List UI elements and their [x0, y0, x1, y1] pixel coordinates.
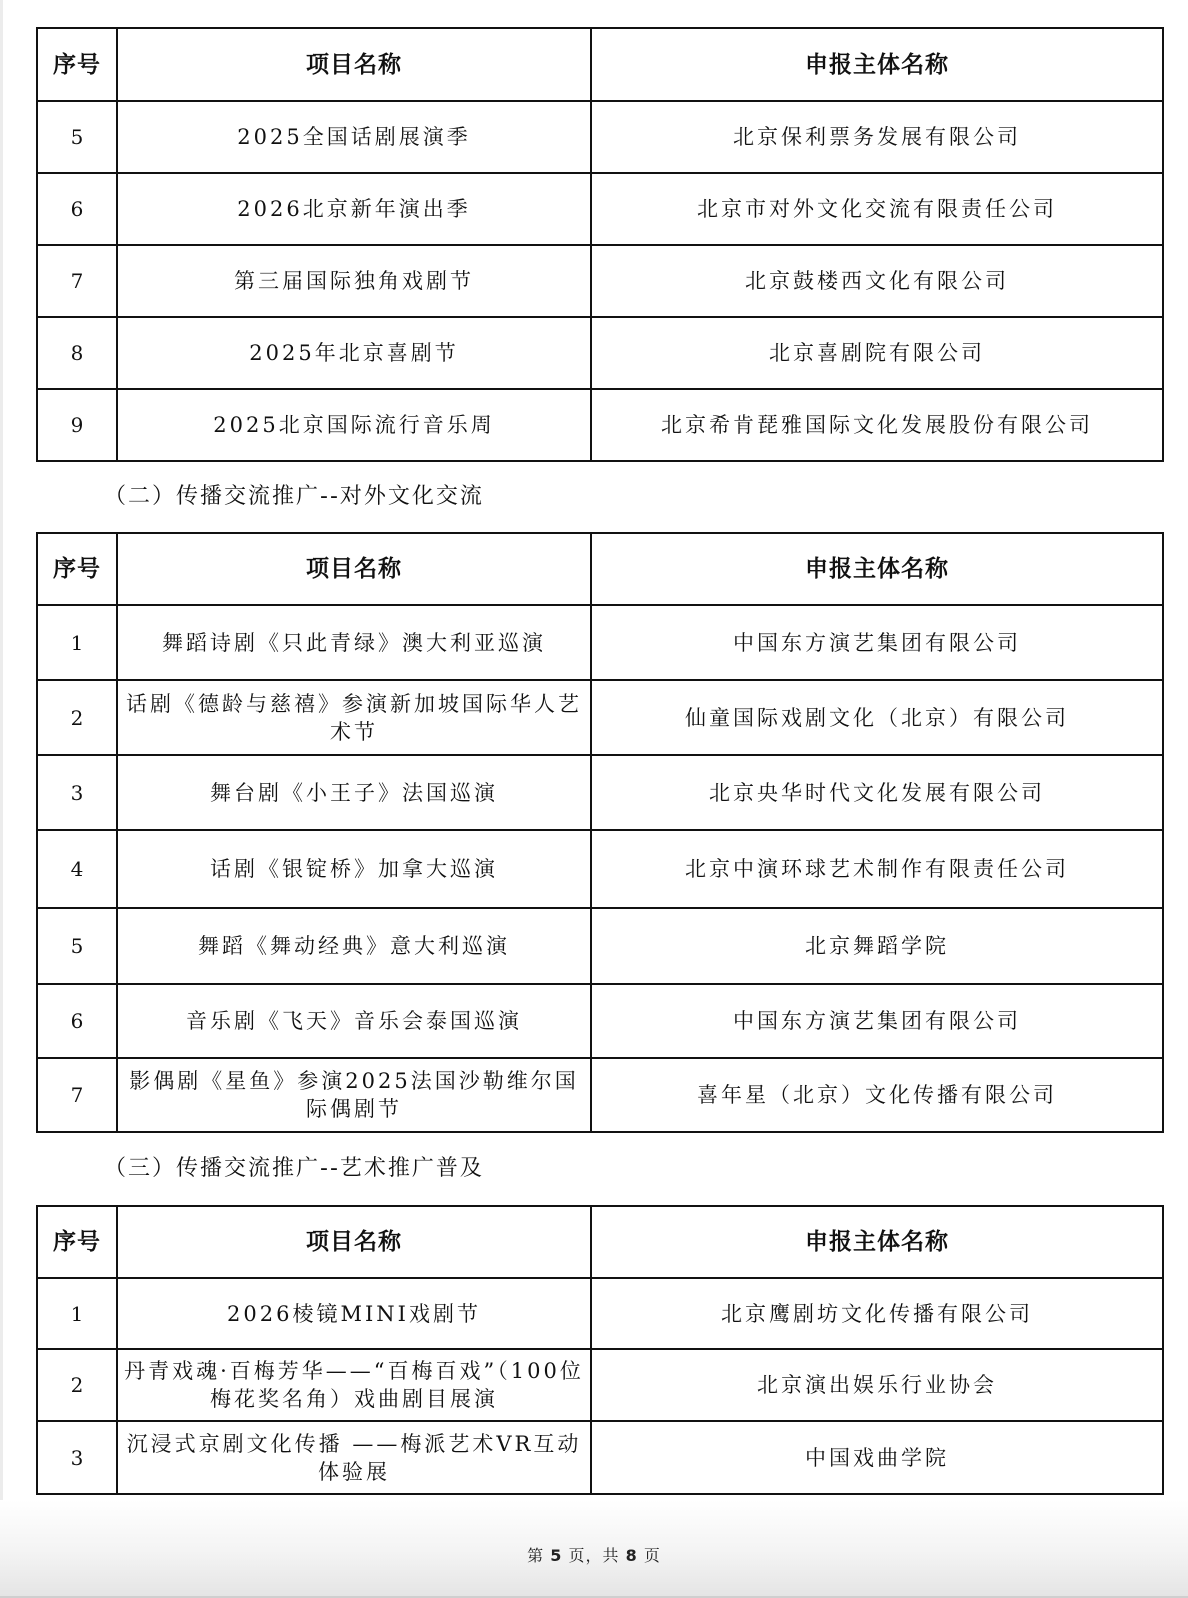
- cell-no: 2: [37, 680, 117, 755]
- cell-project: 2025年北京喜剧节: [117, 317, 591, 389]
- table-row: 6 2026北京新年演出季 北京市对外文化交流有限责任公司: [37, 173, 1163, 245]
- cell-applicant: 北京央华时代文化发展有限公司: [591, 755, 1163, 830]
- cell-applicant: 北京希肯琵雅国际文化发展股份有限公司: [591, 389, 1163, 461]
- section-heading-2: （二）传播交流推广--对外文化交流: [104, 482, 484, 512]
- cell-project: 2025北京国际流行音乐周: [117, 389, 591, 461]
- cell-no: 2: [37, 1349, 117, 1421]
- cell-project: 第三届国际独角戏剧节: [117, 245, 591, 317]
- cell-applicant: 北京中演环球艺术制作有限责任公司: [591, 830, 1163, 908]
- cell-applicant: 仙童国际戏剧文化（北京）有限公司: [591, 680, 1163, 755]
- table-row: 9 2025北京国际流行音乐周 北京希肯琵雅国际文化发展股份有限公司: [37, 389, 1163, 461]
- cell-applicant: 中国戏曲学院: [591, 1421, 1163, 1494]
- table-row: 2 丹青戏魂·百梅芳华——“百梅百戏”（100位梅花奖名角）戏曲剧目展演 北京演…: [37, 1349, 1163, 1421]
- cell-project: 舞蹈《舞动经典》意大利巡演: [117, 908, 591, 984]
- header-project: 项目名称: [117, 28, 591, 101]
- cell-project: 影偶剧《星鱼》参演2025法国沙勒维尔国际偶剧节: [117, 1058, 591, 1132]
- total-page-number: 8: [626, 1546, 638, 1565]
- page-prefix: 第: [527, 1546, 550, 1565]
- table-row: 6 音乐剧《飞天》音乐会泰国巡演 中国东方演艺集团有限公司: [37, 984, 1163, 1058]
- header-applicant: 申报主体名称: [591, 533, 1163, 605]
- cell-no: 3: [37, 755, 117, 830]
- header-no: 序号: [37, 1206, 117, 1278]
- cell-applicant: 北京鹰剧坊文化传播有限公司: [591, 1278, 1163, 1349]
- table-row: 3 舞台剧《小王子》法国巡演 北京央华时代文化发展有限公司: [37, 755, 1163, 830]
- cell-applicant: 喜年星（北京）文化传播有限公司: [591, 1058, 1163, 1132]
- page-suffix: 页: [638, 1546, 661, 1565]
- table-row: 7 影偶剧《星鱼》参演2025法国沙勒维尔国际偶剧节 喜年星（北京）文化传播有限…: [37, 1058, 1163, 1132]
- page-middle: 页，共: [562, 1546, 625, 1565]
- header-project: 项目名称: [117, 1206, 591, 1278]
- table-header-row: 序号 项目名称 申报主体名称: [37, 28, 1163, 101]
- cell-no: 6: [37, 984, 117, 1058]
- cell-no: 1: [37, 605, 117, 680]
- cell-applicant: 北京喜剧院有限公司: [591, 317, 1163, 389]
- table-row: 1 舞蹈诗剧《只此青绿》澳大利亚巡演 中国东方演艺集团有限公司: [37, 605, 1163, 680]
- cell-applicant: 北京鼓楼西文化有限公司: [591, 245, 1163, 317]
- table-row: 8 2025年北京喜剧节 北京喜剧院有限公司: [37, 317, 1163, 389]
- cell-applicant: 中国东方演艺集团有限公司: [591, 984, 1163, 1058]
- cell-project: 2025全国话剧展演季: [117, 101, 591, 173]
- cell-applicant: 北京保利票务发展有限公司: [591, 101, 1163, 173]
- cell-no: 7: [37, 245, 117, 317]
- table-row: 5 舞蹈《舞动经典》意大利巡演 北京舞蹈学院: [37, 908, 1163, 984]
- header-project: 项目名称: [117, 533, 591, 605]
- cell-project: 话剧《德龄与慈禧》参演新加坡国际华人艺术节: [117, 680, 591, 755]
- cell-project: 舞台剧《小王子》法国巡演: [117, 755, 591, 830]
- header-no: 序号: [37, 533, 117, 605]
- cell-no: 5: [37, 908, 117, 984]
- page-indicator: 第 5 页，共 8 页: [0, 1543, 1188, 1566]
- cell-no: 5: [37, 101, 117, 173]
- cell-applicant: 中国东方演艺集团有限公司: [591, 605, 1163, 680]
- project-table-2: 序号 项目名称 申报主体名称 1 舞蹈诗剧《只此青绿》澳大利亚巡演 中国东方演艺…: [36, 532, 1164, 1133]
- project-table-1: 序号 项目名称 申报主体名称 5 2025全国话剧展演季 北京保利票务发展有限公…: [36, 27, 1164, 462]
- cell-project: 丹青戏魂·百梅芳华——“百梅百戏”（100位梅花奖名角）戏曲剧目展演: [117, 1349, 591, 1421]
- cell-no: 3: [37, 1421, 117, 1494]
- cell-no: 4: [37, 830, 117, 908]
- table-row: 5 2025全国话剧展演季 北京保利票务发展有限公司: [37, 101, 1163, 173]
- cell-no: 8: [37, 317, 117, 389]
- table-row: 3 沉浸式京剧文化传播 ——梅派艺术VR互动体验展 中国戏曲学院: [37, 1421, 1163, 1494]
- project-table-3: 序号 项目名称 申报主体名称 1 2026棱镜MINI戏剧节 北京鹰剧坊文化传播…: [36, 1205, 1164, 1495]
- cell-project: 沉浸式京剧文化传播 ——梅派艺术VR互动体验展: [117, 1421, 591, 1494]
- cell-no: 1: [37, 1278, 117, 1349]
- cell-project: 舞蹈诗剧《只此青绿》澳大利亚巡演: [117, 605, 591, 680]
- page-edge: [0, 0, 3, 1598]
- table-row: 7 第三届国际独角戏剧节 北京鼓楼西文化有限公司: [37, 245, 1163, 317]
- cell-applicant: 北京演出娱乐行业协会: [591, 1349, 1163, 1421]
- table-row: 1 2026棱镜MINI戏剧节 北京鹰剧坊文化传播有限公司: [37, 1278, 1163, 1349]
- header-no: 序号: [37, 28, 117, 101]
- cell-project: 话剧《银锭桥》加拿大巡演: [117, 830, 591, 908]
- current-page-number: 5: [550, 1546, 562, 1565]
- section-heading-3: （三）传播交流推广--艺术推广普及: [104, 1154, 484, 1184]
- header-applicant: 申报主体名称: [591, 28, 1163, 101]
- cell-no: 9: [37, 389, 117, 461]
- table-header-row: 序号 项目名称 申报主体名称: [37, 1206, 1163, 1278]
- cell-no: 6: [37, 173, 117, 245]
- table-header-row: 序号 项目名称 申报主体名称: [37, 533, 1163, 605]
- table-row: 2 话剧《德龄与慈禧》参演新加坡国际华人艺术节 仙童国际戏剧文化（北京）有限公司: [37, 680, 1163, 755]
- cell-project: 2026北京新年演出季: [117, 173, 591, 245]
- header-applicant: 申报主体名称: [591, 1206, 1163, 1278]
- cell-project: 2026棱镜MINI戏剧节: [117, 1278, 591, 1349]
- table-row: 4 话剧《银锭桥》加拿大巡演 北京中演环球艺术制作有限责任公司: [37, 830, 1163, 908]
- cell-applicant: 北京舞蹈学院: [591, 908, 1163, 984]
- cell-applicant: 北京市对外文化交流有限责任公司: [591, 173, 1163, 245]
- cell-project: 音乐剧《飞天》音乐会泰国巡演: [117, 984, 591, 1058]
- cell-no: 7: [37, 1058, 117, 1132]
